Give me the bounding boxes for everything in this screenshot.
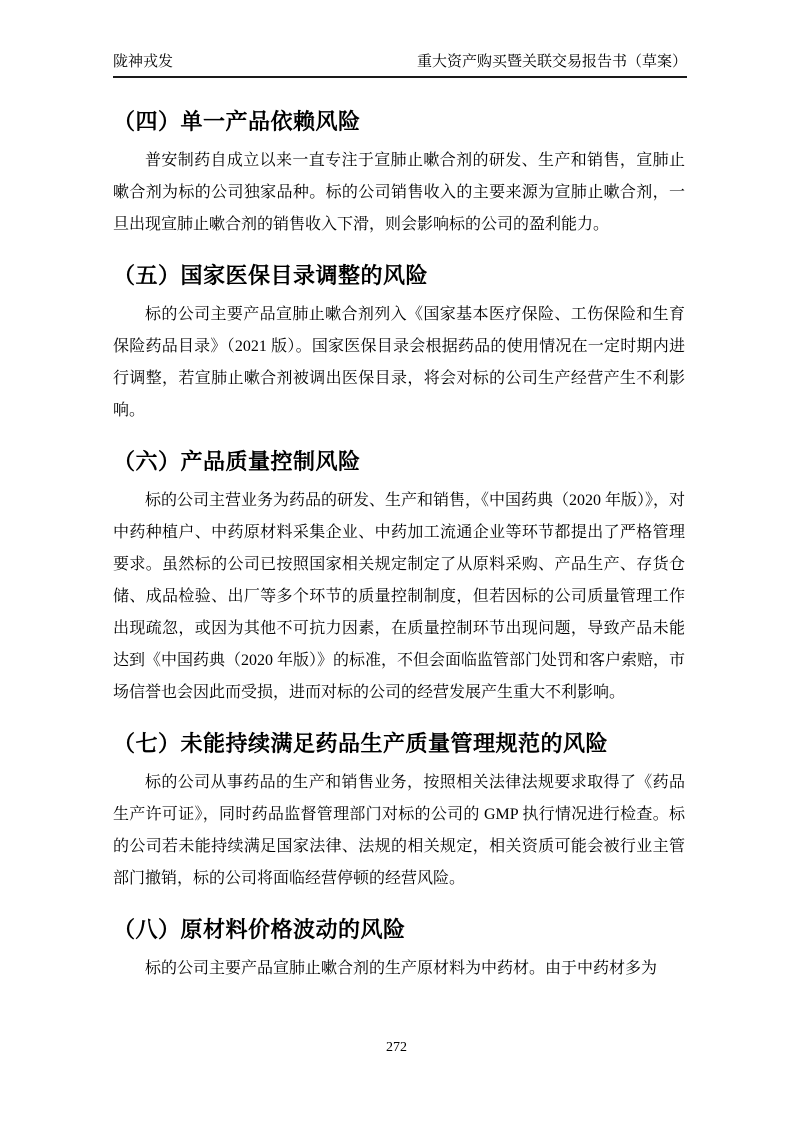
risk-section-8: （八）原材料价格波动的风险 标的公司主要产品宣肺止嗽合剂的生产原材料为中药材。由… xyxy=(113,915,685,985)
section-heading: （八）原材料价格波动的风险 xyxy=(113,915,685,945)
section-paragraph: 标的公司主要产品宣肺止嗽合剂的生产原材料为中药材。由于中药材多为 xyxy=(113,953,685,985)
document-page: 陇神戎发 重大资产购买暨关联交易报告书（草案） （四）单一产品依赖风险 普安制药… xyxy=(0,0,793,1122)
risk-section-5: （五）国家医保目录调整的风险 标的公司主要产品宣肺止嗽合剂列入《国家基本医疗保险… xyxy=(113,261,685,427)
page-body: （四）单一产品依赖风险 普安制药自成立以来一直专注于宣肺止嗽合剂的研发、生产和销… xyxy=(113,79,685,985)
section-paragraph: 标的公司从事药品的生产和销售业务，按照相关法律法规要求取得了《药品生产许可证》，… xyxy=(113,767,685,895)
section-heading: （四）单一产品依赖风险 xyxy=(113,107,685,137)
section-heading: （五）国家医保目录调整的风险 xyxy=(113,261,685,291)
header-report-title: 重大资产购买暨关联交易报告书（草案） xyxy=(417,53,687,71)
section-heading: （六）产品质量控制风险 xyxy=(113,447,685,477)
section-heading: （七）未能持续满足药品生产质量管理规范的风险 xyxy=(113,729,685,759)
section-paragraph: 标的公司主要产品宣肺止嗽合剂列入《国家基本医疗保险、工伤保险和生育保险药品目录》… xyxy=(113,299,685,427)
section-paragraph: 标的公司主营业务为药品的研发、生产和销售，《中国药典（2020 年版）》，对中药… xyxy=(113,485,685,709)
page-footer: 272 xyxy=(0,1038,793,1058)
risk-section-4: （四）单一产品依赖风险 普安制药自成立以来一直专注于宣肺止嗽合剂的研发、生产和销… xyxy=(113,107,685,241)
page-number: 272 xyxy=(386,1040,407,1055)
page-header: 陇神戎发 重大资产购买暨关联交易报告书（草案） xyxy=(113,0,687,78)
risk-section-7: （七）未能持续满足药品生产质量管理规范的风险 标的公司从事药品的生产和销售业务，… xyxy=(113,729,685,895)
risk-section-6: （六）产品质量控制风险 标的公司主营业务为药品的研发、生产和销售，《中国药典（2… xyxy=(113,447,685,709)
section-paragraph: 普安制药自成立以来一直专注于宣肺止嗽合剂的研发、生产和销售，宣肺止嗽合剂为标的公… xyxy=(113,145,685,241)
header-company-name: 陇神戎发 xyxy=(113,53,173,71)
